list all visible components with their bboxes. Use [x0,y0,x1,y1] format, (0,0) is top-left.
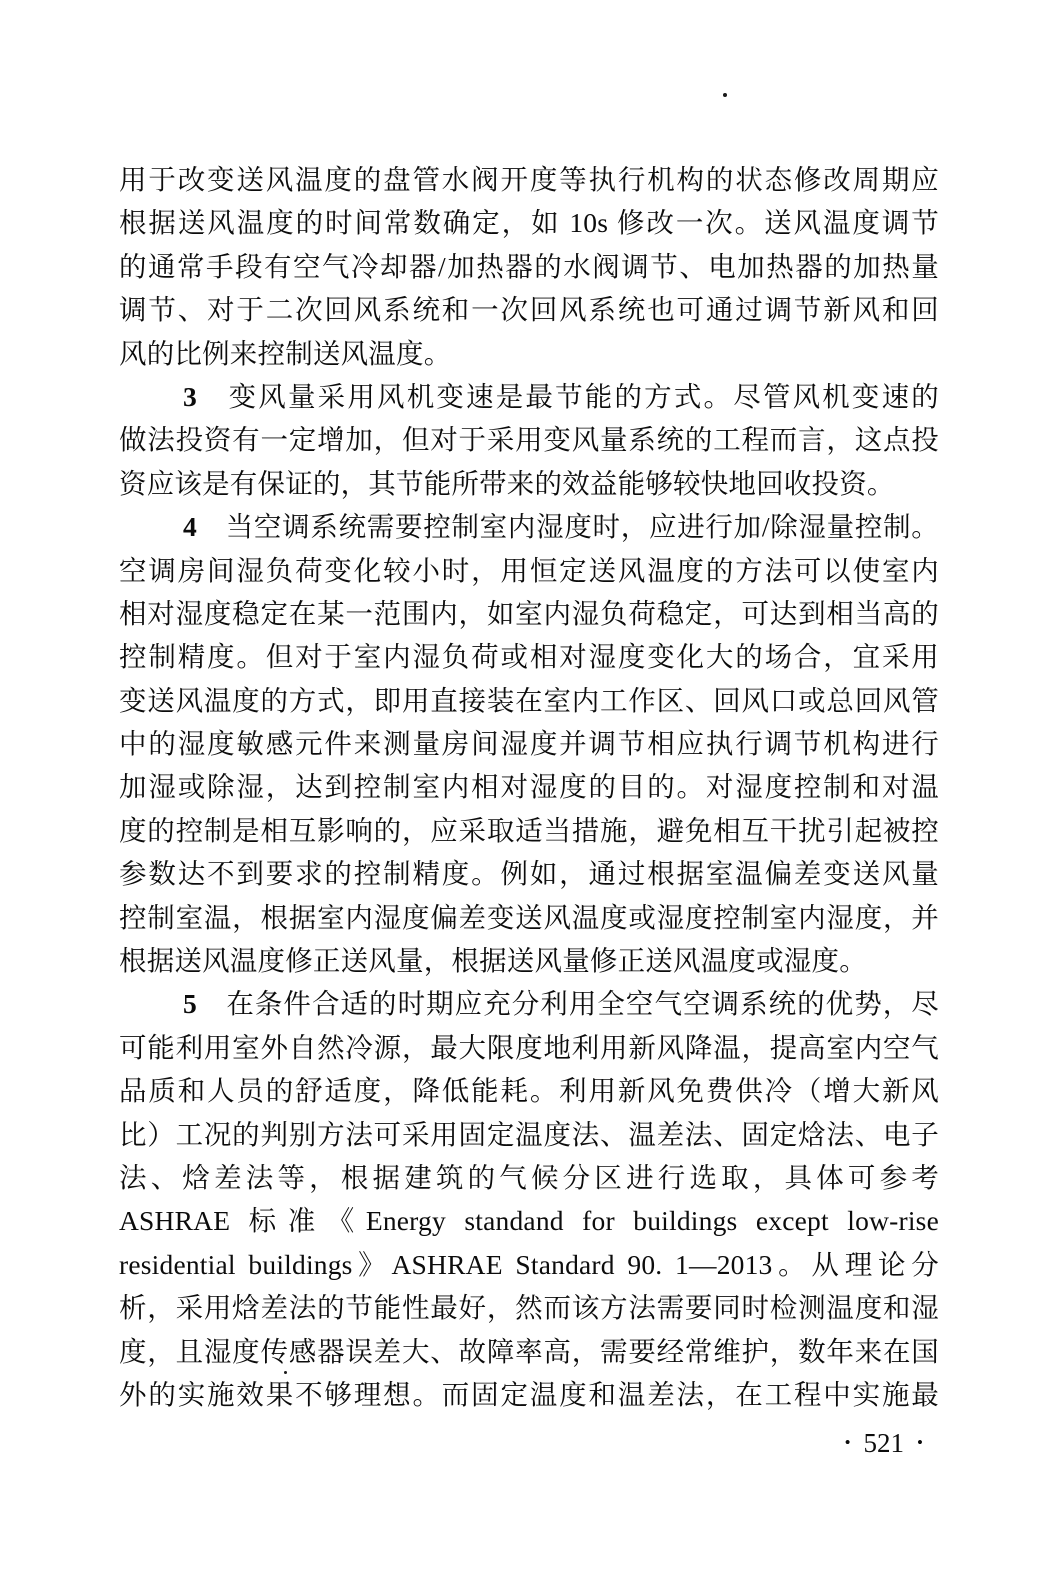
text-line: 调节、对于二次回风系统和一次回风系统也可通过调节新风和回 [119,288,939,331]
clause-number: 4 [183,511,197,542]
text-line: 风的比例来控制送风温度。 [119,332,939,375]
text-line: 度的控制是相互影响的，应采取适当措施，避免相互干扰引起被控 [119,809,939,852]
text-line: 根据送风温度的时间常数确定，如 10s 修改一次。送风温度调节 [119,201,939,244]
page-footer: • 521 • [845,1426,923,1460]
text-line: 4 当空调系统需要控制室内湿度时，应进行加/除湿量控制。 [119,505,939,548]
text-line: 变送风温度的方式，即用直接装在室内工作区、回风口或总回风管 [119,679,939,722]
text-line: 加湿或除湿，达到控制室内相对湿度的目的。对湿度控制和对温 [119,765,939,808]
text-line: 用于改变送风温度的盘管水阀开度等执行机构的状态修改周期应 [119,158,939,201]
text-line: 品质和人员的舒适度，降低能耗。利用新风免费供冷（增大新风 [119,1069,939,1112]
text-line: residential buildings》ASHRAE Standard 90… [119,1243,939,1286]
text-line: 参数达不到要求的控制精度。例如，通过根据室温偏差变送风量 [119,852,939,895]
text-line: 外的实施效果不够理想。而固定温度和温差法，在工程中实施最 [119,1373,939,1416]
footer-bullet-left: • [845,1426,851,1460]
text-line: 法、焓差法等，根据建筑的气候分区进行选取，具体可参考 [119,1156,939,1199]
text-line: 3 变风量采用风机变速是最节能的方式。尽管风机变速的 [119,375,939,418]
text-line: 析，采用焓差法的节能性最好，然而该方法需要同时检测温度和湿 [119,1286,939,1329]
text-line: 控制精度。但对于室内湿负荷或相对湿度变化大的场合，宜采用 [119,635,939,678]
text-line: 相对湿度稳定在某一范围内，如室内湿负荷稳定，可达到相当高的 [119,592,939,635]
scan-speck [723,93,727,97]
text-line: 度，且湿度传感器误差大、故障率高，需要经常维护，数年来在国内 [119,1330,939,1373]
text-line: 做法投资有一定增加，但对于采用变风量系统的工程而言，这点投 [119,418,939,461]
text-line: 5 在条件合适的时期应充分利用全空气空调系统的优势，尽 [119,982,939,1025]
text-line: ASHRAE 标准《Energy standand for buildings … [119,1199,939,1242]
text-line: 可能利用室外自然冷源，最大限度地利用新风降温，提高室内空气 [119,1026,939,1069]
text-block: 用于改变送风温度的盘管水阀开度等执行机构的状态修改周期应根据送风温度的时间常数确… [119,158,939,1416]
footer-bullet-right: • [917,1426,923,1460]
document-page: 用于改变送风温度的盘管水阀开度等执行机构的状态修改周期应根据送风温度的时间常数确… [0,0,1056,1586]
text-line: 空调房间湿负荷变化较小时，用恒定送风温度的方法可以使室内 [119,549,939,592]
clause-number: 3 [183,381,197,412]
page-number: 521 [864,1426,905,1460]
clause-number: 5 [183,988,197,1019]
text-line: 根据送风温度修正送风量，根据送风量修正送风温度或湿度。 [119,939,939,982]
text-line: 比）工况的判别方法可采用固定温度法、温差法、固定焓法、电子焓 [119,1113,939,1156]
text-line: 中的湿度敏感元件来测量房间湿度并调节相应执行调节机构进行 [119,722,939,765]
text-line: 资应该是有保证的，其节能所带来的效益能够较快地回收投资。 [119,462,939,505]
text-line: 控制室温，根据室内湿度偏差变送风温度或湿度控制室内湿度，并 [119,896,939,939]
text-line: 的通常手段有空气冷却器/加热器的水阀调节、电加热器的加热量 [119,245,939,288]
